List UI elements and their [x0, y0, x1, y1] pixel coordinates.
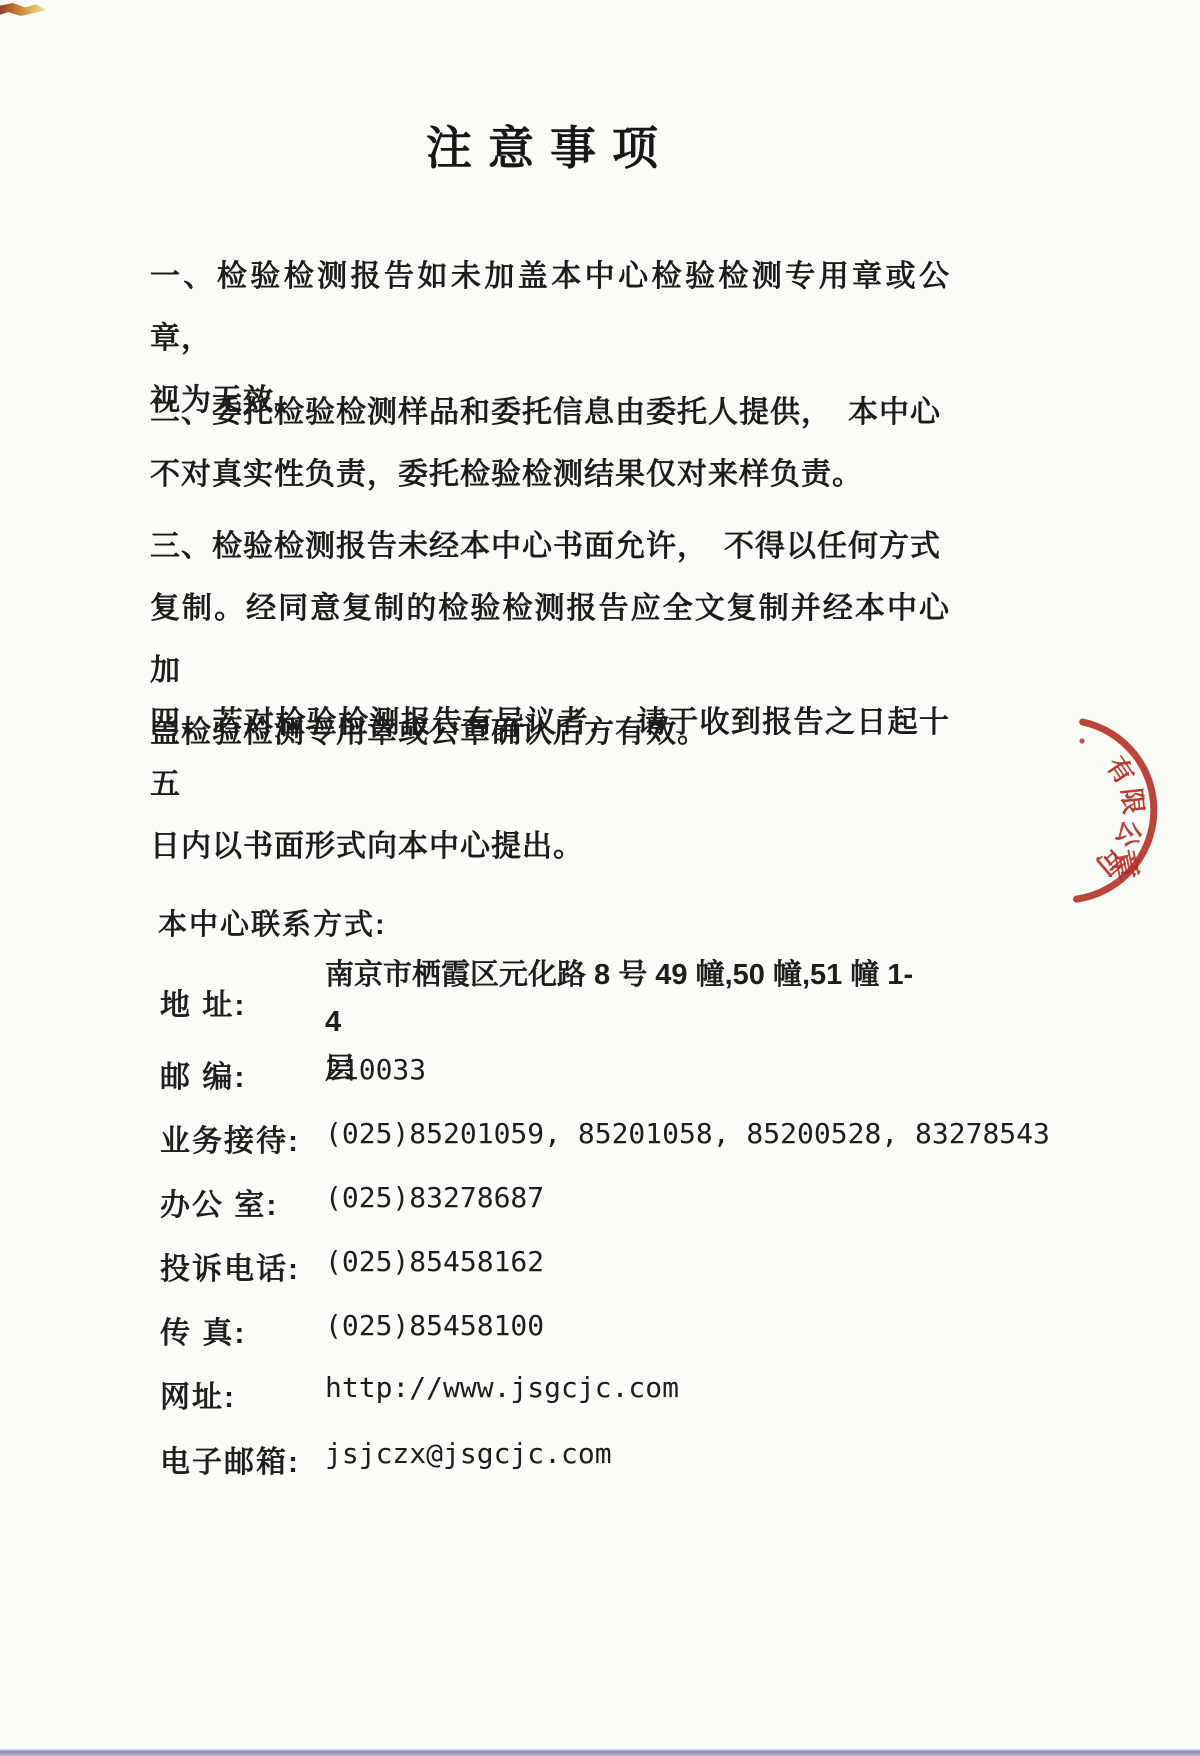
contact-label-office: 办公 室: [160, 1180, 278, 1224]
stamp-seal-char: 章 [1105, 847, 1144, 883]
contact-label-business-reception: 业务接待: [160, 1116, 300, 1160]
page-title: 注意事项 [150, 112, 950, 178]
scanner-bottom-edge [0, 1749, 1200, 1756]
notice-paragraph-2: 二、委托检验检测样品和委托信息由委托人提供， 本中心 不对真实性负责，委托检验检… [150, 382, 950, 506]
contact-label-address: 地 址: [160, 980, 246, 1024]
notice-paragraph-4: 四、若对检验检测报告有异议者， 请于收到报告之日起十五 日内以书面形式向本中心提… [150, 692, 950, 878]
contact-value-office: (025)83278687 [325, 1181, 544, 1214]
document-page: 注意事项 一、检验检测报告如未加盖本中心检验检测专用章或公章， 视为无效。 二、… [0, 0, 1200, 1756]
contact-value-email: jsjczx@jsgcjc.com [325, 1437, 612, 1470]
contact-label-zip: 邮 编: [160, 1052, 246, 1096]
contact-section-header: 本中心联系方式: [158, 902, 387, 943]
contact-value-business-reception: (025)85201059, 85201058, 85200528, 83278… [325, 1117, 1050, 1150]
contact-label-website: 网址: [160, 1372, 236, 1416]
contact-value-fax: (025)85458100 [325, 1309, 544, 1342]
scan-artifact [0, 3, 46, 16]
stamp-dot [1079, 738, 1084, 743]
contact-value-zip: 210033 [325, 1053, 426, 1086]
contact-value-complaint-phone: (025)85458162 [325, 1245, 544, 1278]
contact-label-fax: 传 真: [160, 1308, 246, 1352]
stamp-company-text: 有限公司 [1088, 751, 1149, 883]
stamp-arc [1077, 722, 1154, 899]
contact-label-complaint-phone: 投诉电话: [160, 1244, 300, 1288]
red-seal-stamp: 有限公司 章 [1020, 680, 1200, 930]
contact-value-website: http://www.jsgcjc.com [325, 1371, 679, 1404]
contact-label-email: 电子邮箱: [160, 1437, 300, 1481]
